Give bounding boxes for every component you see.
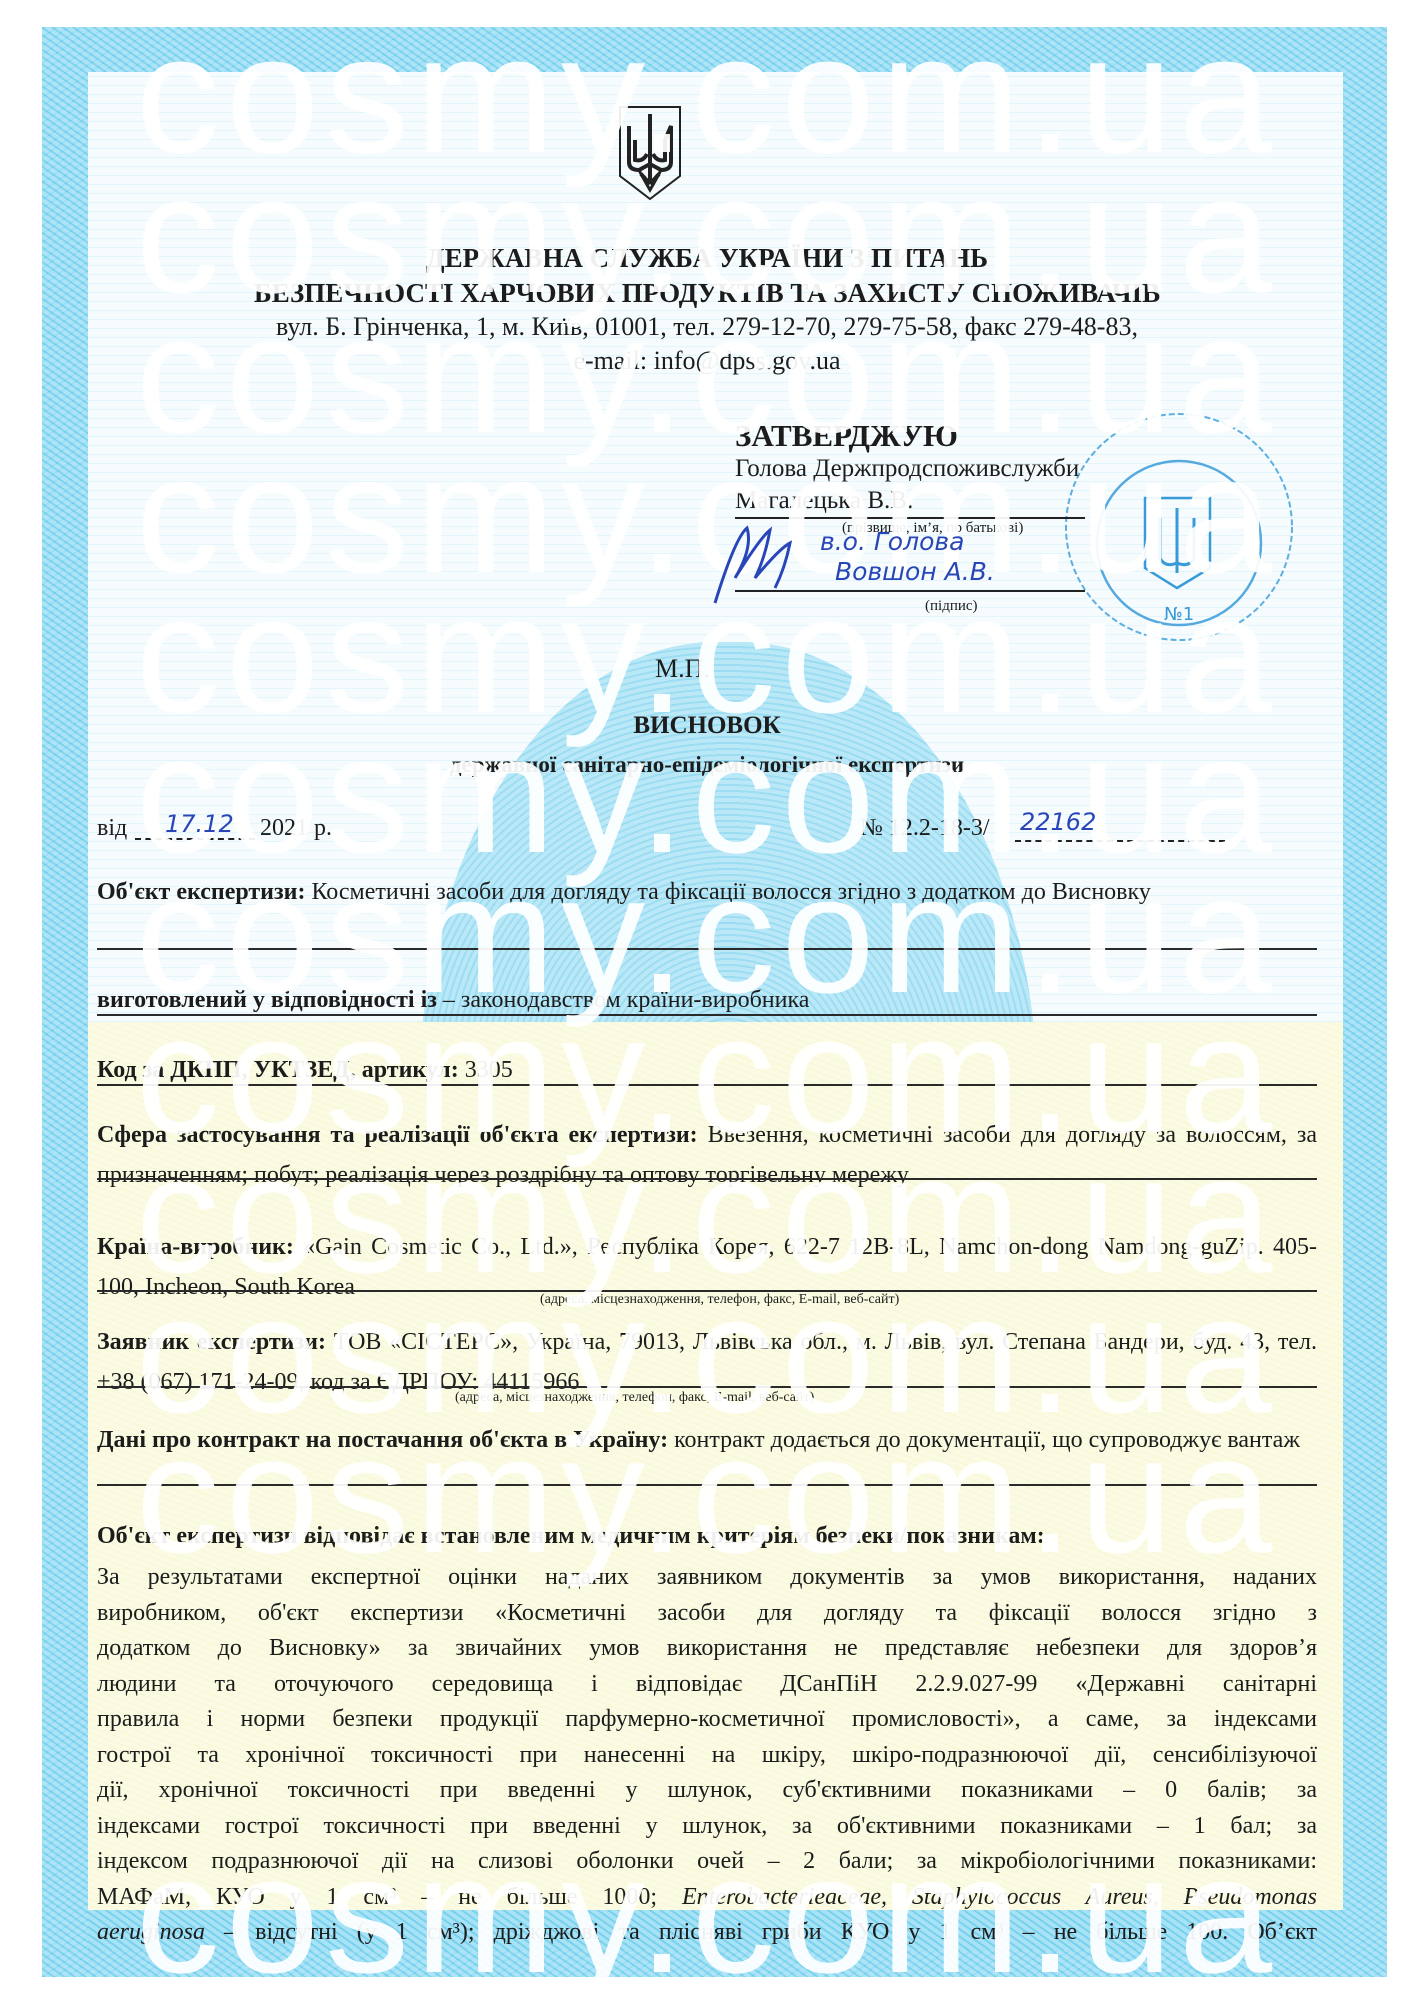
date-handwritten: 17.12 xyxy=(165,810,234,838)
date-prefix: від xyxy=(97,815,127,842)
rule xyxy=(97,948,1317,950)
conclusion-line: МАФаМ, КУО у 1 см³ – не більше 1000; Ent… xyxy=(97,1880,1317,1915)
org-name-line2: БЕЗПЕЧНОСТІ ХАРЧОВИХ ПРОДУКТІВ ТА ЗАХИСТ… xyxy=(0,278,1414,309)
handwritten-acting-title: в.о. Голова xyxy=(820,527,964,556)
signature-caption: (підпис) xyxy=(925,598,978,615)
org-email: e-mail: info@dpss.gov.ua xyxy=(0,346,1414,376)
approver-position: Голова Держпродспоживслужби xyxy=(735,455,1079,483)
svg-text:№1: №1 xyxy=(1164,604,1194,625)
rule xyxy=(97,1084,1317,1086)
conclusion-heading: Об'єкт експертизи відповідає встановлени… xyxy=(97,1523,1045,1550)
conclusion-line: людини та оточуючого середовища і відпов… xyxy=(97,1667,1317,1702)
conclusion-line: правила і норми безпеки продукції парфум… xyxy=(97,1702,1317,1737)
conclusion-line: aeruginosa – відсутні (у 1 см³); дріжджо… xyxy=(97,1915,1317,1950)
manufacturer-caption: (адреса, місцезнаходження, телефон, факс… xyxy=(540,1292,899,1308)
field-object: Об'єкт експертизи: Косметичні засоби для… xyxy=(97,872,1317,912)
seal-place-mark: М.П. xyxy=(655,654,710,684)
doc-number-prefix: № 12.2-18-3/ xyxy=(860,815,990,842)
conclusion-line: виробником, об'єкт експертизи «Косметичн… xyxy=(97,1596,1317,1631)
org-address: вул. Б. Грінченка, 1, м. Київ, 01001, те… xyxy=(0,312,1414,342)
conclusion-line: дії, хронічної токсичності при введенні … xyxy=(97,1773,1317,1808)
conclusion-line: За результатами експертної оцінки надани… xyxy=(97,1560,1317,1595)
org-name-line1: ДЕРЖАВНА СЛУЖБА УКРАЇНИ З ПИТАНЬ xyxy=(0,243,1414,274)
document-subtitle: державної санітарно-епідеміологічної екс… xyxy=(0,752,1414,778)
official-stamp-icon: №1 xyxy=(1060,408,1298,646)
date-year: 2021 р. xyxy=(260,815,332,842)
conclusion-line: гострої та хронічної токсичності при нан… xyxy=(97,1738,1317,1773)
signature-scribble-icon xyxy=(705,508,815,618)
conclusion-line: додатком до Висновку» за звичайних умов … xyxy=(97,1631,1317,1666)
doc-number-handwritten: 22162 xyxy=(1020,808,1096,836)
document-title: ВИСНОВОК xyxy=(0,712,1414,740)
conclusion-line: індексами гострої токсичності при введен… xyxy=(97,1809,1317,1844)
conclusion-line: індексом подразнюючої дії на слизові обо… xyxy=(97,1844,1317,1879)
field-scope: Сфера застосування та реалізації об'єкта… xyxy=(97,1115,1317,1195)
applicant-caption: (адреса, місцезнаходження, телефон, факс… xyxy=(455,1390,814,1406)
date-underline xyxy=(135,838,255,840)
handwritten-acting-name: Вовшон А.В. xyxy=(835,557,995,586)
rule xyxy=(97,1484,1317,1486)
rule xyxy=(97,1014,1317,1016)
rule xyxy=(97,1386,1317,1388)
approval-title: ЗАТВЕРДЖУЮ xyxy=(735,418,958,454)
doc-number-underline xyxy=(1015,840,1225,842)
rule xyxy=(97,1178,1317,1180)
field-contract: Дані про контракт на постачання об'єкта … xyxy=(97,1420,1317,1460)
trident-coat-of-arms-icon xyxy=(617,104,683,202)
